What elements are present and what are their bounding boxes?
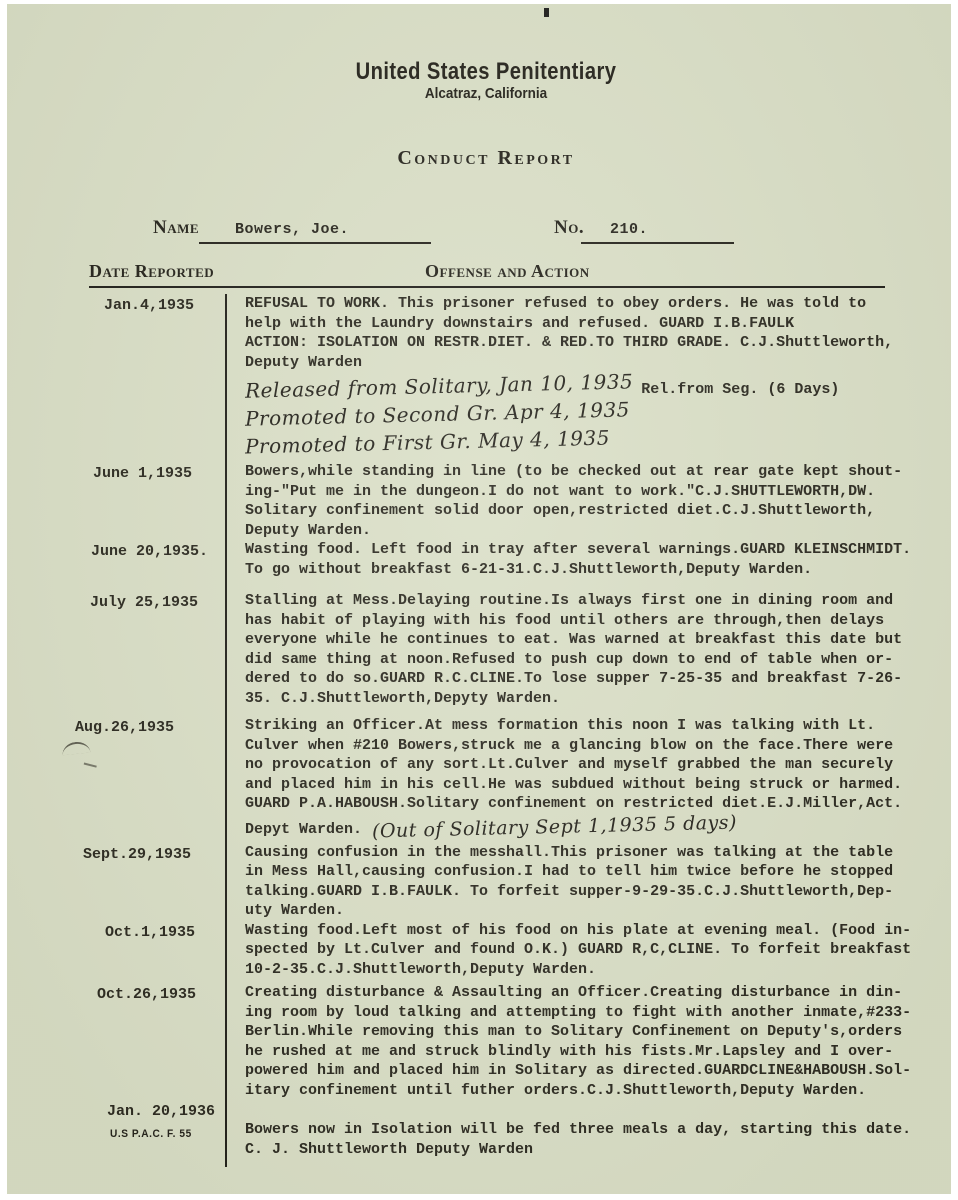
entry-date: Oct.1,1935 <box>71 921 225 984</box>
entry-text: Causing confusion in the messhall.This p… <box>225 843 925 921</box>
entry-text: Creating disturbance & Assaulting an Off… <box>225 983 925 1100</box>
institution-location: Alcatraz, California <box>55 85 917 102</box>
form-number: U.S P.A.C. F. 55 <box>110 1128 192 1140</box>
header-rule <box>89 286 885 288</box>
entry-text: REFUSAL TO WORK. This prisoner refused t… <box>225 294 925 462</box>
entry-date: July 25,1935 <box>71 591 225 716</box>
conduct-entry: Jan.4,1935 REFUSAL TO WORK. This prisone… <box>71 294 925 462</box>
handwritten-note: (Out of Solitary Sept 1,1935 5 days) <box>372 809 738 844</box>
number-underline <box>581 242 734 244</box>
entry-text: Bowers now in Isolation will be fed thre… <box>225 1100 925 1167</box>
entry-date: June 1,1935 <box>71 462 225 540</box>
number-value: 210. <box>610 220 648 240</box>
entry-tail-line: Depyt Warden.(Out of Solitary Sept 1,193… <box>245 814 925 843</box>
conduct-entry: Jan. 20,1936 Bowers now in Isolation wil… <box>71 1100 925 1167</box>
entry-date: Jan.4,1935 <box>71 294 225 462</box>
entry-text: Wasting food.Left most of his food on hi… <box>225 921 925 984</box>
conduct-entry: Aug.26,1935 Striking an Officer.At mess … <box>71 716 925 843</box>
entry-date: Oct.26,1935 <box>71 983 225 1100</box>
conduct-entry: June 20,1935. Wasting food. Left food in… <box>71 540 925 591</box>
entry-text: Stalling at Mess.Delaying routine.Is alw… <box>225 591 925 716</box>
conduct-entry: Oct.1,1935 Wasting food.Left most of his… <box>71 921 925 984</box>
entry-date: Sept.29,1935 <box>71 843 225 921</box>
conduct-entry: Sept.29,1935 Causing confusion in the me… <box>71 843 925 921</box>
name-label: Name <box>153 217 199 239</box>
document-page: United States Penitentiary Alcatraz, Cal… <box>7 4 951 1194</box>
entry-text: Striking an Officer.At mess formation th… <box>225 716 925 843</box>
number-label: No. <box>554 217 584 239</box>
handwritten-line: Promoted to First Gr. May 4, 1935 <box>245 430 925 458</box>
conduct-entries: Jan.4,1935 REFUSAL TO WORK. This prisone… <box>71 294 925 1167</box>
entry-text: Bowers,while standing in line (to be che… <box>225 462 925 540</box>
handwritten-annotations: Released from Solitary, Jan 10, 1935Rel.… <box>245 374 925 458</box>
conduct-entry: Oct.26,1935 Creating disturbance & Assau… <box>71 983 925 1100</box>
ink-mark <box>544 8 549 17</box>
conduct-entry: June 1,1935 Bowers,while standing in lin… <box>71 462 925 540</box>
entry-date: Aug.26,1935 <box>71 716 225 843</box>
name-value: Bowers, Joe. <box>235 220 349 240</box>
conduct-entry: July 25,1935 Stalling at Mess.Delaying r… <box>71 591 925 716</box>
entry-text: Wasting food. Left food in tray after se… <box>225 540 925 591</box>
institution-title: United States Penitentiary <box>84 58 889 86</box>
name-underline <box>199 242 431 244</box>
report-title: Conduct Report <box>7 147 958 170</box>
column-header-offense: Offense and Action <box>425 261 590 282</box>
entry-date: June 20,1935. <box>71 540 225 591</box>
column-header-date: Date Reported <box>89 261 214 282</box>
